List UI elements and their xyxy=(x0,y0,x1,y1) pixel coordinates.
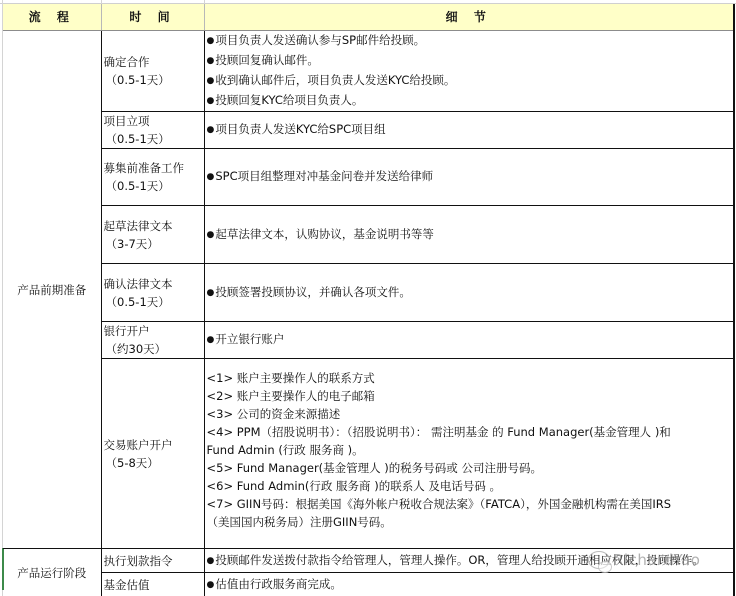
task-name: 项目立项 xyxy=(104,112,204,130)
detail-line: <7> GIIN号码：根据美国《海外帐户税收合规法案》（FATCA），外国金融机… xyxy=(207,495,734,513)
task-duration: （约30天） xyxy=(104,340,204,358)
detail-cell[interactable]: ●投顾签署投顾协议，并确认各项文件。 xyxy=(204,264,734,322)
bullet-icon: ● xyxy=(207,335,215,345)
detail-line: <5> Fund Manager(基金管理人 )的税务号码或 公司注册号码。 xyxy=(207,459,734,477)
time-cell[interactable]: 确认法律文本 （0.5-1天） xyxy=(101,264,204,322)
bullet-icon: ● xyxy=(207,36,215,46)
detail-line: <6> Fund Admin(行政 服务商 )的联系人 及电话号码 。 xyxy=(207,477,734,495)
time-cell[interactable]: 募集前准备工作 （0.5-1天） xyxy=(101,149,204,206)
detail-line: ●投顾签署投顾协议，并确认各项文件。 xyxy=(207,283,734,303)
task-name: 确定合作 xyxy=(104,53,204,71)
bullet-icon: ● xyxy=(207,580,215,590)
detail-cell[interactable]: <1> 账户主要操作人的联系方式 <2> 账户主要操作人的电子邮箱 <3> 公司… xyxy=(204,359,734,549)
detail-cell[interactable]: ●估值由行政服务商完成。 xyxy=(204,573,734,596)
detail-cell[interactable]: ●投顾邮件发送拨付款指令给管理人，管理人操作。OR，管理人给投顾开通相应权限，投… xyxy=(204,549,734,573)
detail-line: ●项目负责人发送确认参与SP邮件给投顾。 xyxy=(207,31,734,51)
detail-line: （美国国内税务局）注册GIIN号码。 xyxy=(207,513,734,531)
detail-line: ●SPC项目组整理对冲基金问卷并发送给律师 xyxy=(207,167,734,187)
table-row: 募集前准备工作 （0.5-1天） ●SPC项目组整理对冲基金问卷并发送给律师 xyxy=(3,149,734,206)
table-row: 基金估值 ●估值由行政服务商完成。 xyxy=(3,573,734,596)
task-name: 交易账户开户 xyxy=(104,436,204,454)
task-duration: （0.5-1天） xyxy=(104,177,204,195)
task-name: 基金估值 xyxy=(104,576,204,594)
detail-line: ●项目负责人发送KYC给SPC项目组 xyxy=(207,120,734,140)
time-cell[interactable]: 项目立项 （0.5-1天） xyxy=(101,112,204,149)
spreadsheet-view: 流 程 时 间 细 节 产品前期准备 确定合作 （0.5-1天） ●项目负责人发… xyxy=(0,0,736,596)
task-name: 确认法律文本 xyxy=(104,275,204,293)
time-cell[interactable]: 交易账户开户 （5-8天） xyxy=(101,359,204,549)
task-name: 募集前准备工作 xyxy=(104,159,204,177)
task-name: 执行划款指令 xyxy=(104,552,204,570)
task-duration: （0.5-1天） xyxy=(104,293,204,311)
table-row: 产品前期准备 确定合作 （0.5-1天） ●项目负责人发送确认参与SP邮件给投顾… xyxy=(3,31,734,112)
detail-cell[interactable]: ●起草法律文本，认购协议，基金说明书等等 xyxy=(204,206,734,264)
detail-cell[interactable]: ●项目负责人发送KYC给SPC项目组 xyxy=(204,112,734,149)
bullet-icon: ● xyxy=(207,230,215,240)
detail-line: ●投顾邮件发送拨付款指令给管理人，管理人操作。OR，管理人给投顾开通相应权限，投… xyxy=(207,551,734,571)
bullet-icon: ● xyxy=(207,76,215,86)
time-cell[interactable]: 执行划款指令 xyxy=(101,549,204,573)
detail-line: ●投顾回复确认邮件。 xyxy=(207,51,734,71)
header-detail[interactable]: 细 节 xyxy=(204,4,734,31)
detail-line: ●开立银行账户 xyxy=(207,330,734,350)
bullet-icon: ● xyxy=(207,56,215,66)
detail-line: <3> 公司的资金来源描述 xyxy=(207,405,734,423)
table-row: 产品运行阶段 执行划款指令 ●投顾邮件发送拨付款指令给管理人，管理人操作。OR，… xyxy=(3,549,734,573)
detail-cell[interactable]: ●项目负责人发送确认参与SP邮件给投顾。 ●投顾回复确认邮件。 ●收到确认邮件后… xyxy=(204,31,734,112)
bullet-icon: ● xyxy=(207,125,215,135)
table-row: 交易账户开户 （5-8天） <1> 账户主要操作人的联系方式 <2> 账户主要操… xyxy=(3,359,734,549)
detail-line: <2> 账户主要操作人的电子邮箱 xyxy=(207,387,734,405)
detail-cell[interactable]: ●开立银行账户 xyxy=(204,322,734,359)
detail-line: ●投顾回复KYC给项目负责人。 xyxy=(207,91,734,111)
bullet-icon: ● xyxy=(207,96,215,106)
header-time[interactable]: 时 间 xyxy=(101,4,204,31)
bullet-icon: ● xyxy=(207,172,215,182)
task-name: 起草法律文本 xyxy=(104,217,204,235)
stage-cell-pre-launch[interactable]: 产品前期准备 xyxy=(3,31,101,549)
detail-line: Fund Admin (行政 服务商 )。 xyxy=(207,441,734,459)
table-row: 起草法律文本 （3-7天） ●起草法律文本，认购协议，基金说明书等等 xyxy=(3,206,734,264)
bullet-icon: ● xyxy=(207,288,215,298)
detail-line: <1> 账户主要操作人的联系方式 xyxy=(207,369,734,387)
task-duration: （3-7天） xyxy=(104,235,204,253)
header-stage[interactable]: 流 程 xyxy=(3,4,101,31)
task-duration: （0.5-1天） xyxy=(104,71,204,89)
detail-cell[interactable]: ●SPC项目组整理对冲基金问卷并发送给律师 xyxy=(204,149,734,206)
bullet-icon: ● xyxy=(207,556,215,566)
table-row: 银行开户 （约30天） ●开立银行账户 xyxy=(3,322,734,359)
task-name: 银行开户 xyxy=(104,322,204,340)
table-row: 项目立项 （0.5-1天） ●项目负责人发送KYC给SPC项目组 xyxy=(3,112,734,149)
stage-cell-operation[interactable]: 产品运行阶段 xyxy=(3,549,101,596)
stage-label: 产品运行阶段 xyxy=(17,566,86,580)
table-row: 确认法律文本 （0.5-1天） ●投顾签署投顾协议，并确认各项文件。 xyxy=(3,264,734,322)
time-cell[interactable]: 确定合作 （0.5-1天） xyxy=(101,31,204,112)
detail-line: <4> PPM（招股说明书）：（招股说明书）： 需注明基金 的 Fund Man… xyxy=(207,423,734,441)
detail-line: ●收到确认邮件后，项目负责人发送KYC给投顾。 xyxy=(207,71,734,91)
header-row: 流 程 时 间 细 节 xyxy=(3,4,734,31)
detail-line: ●起草法律文本，认购协议，基金说明书等等 xyxy=(207,225,734,245)
time-cell[interactable]: 基金估值 xyxy=(101,573,204,596)
time-cell[interactable]: 银行开户 （约30天） xyxy=(101,322,204,359)
task-duration: （0.5-1天） xyxy=(104,130,204,148)
task-duration: （5-8天） xyxy=(104,454,204,472)
stage-label: 产品前期准备 xyxy=(17,283,86,297)
detail-line: ●估值由行政服务商完成。 xyxy=(207,575,734,595)
time-cell[interactable]: 起草法律文本 （3-7天） xyxy=(101,206,204,264)
process-table: 流 程 时 间 细 节 产品前期准备 确定合作 （0.5-1天） ●项目负责人发… xyxy=(3,4,735,596)
